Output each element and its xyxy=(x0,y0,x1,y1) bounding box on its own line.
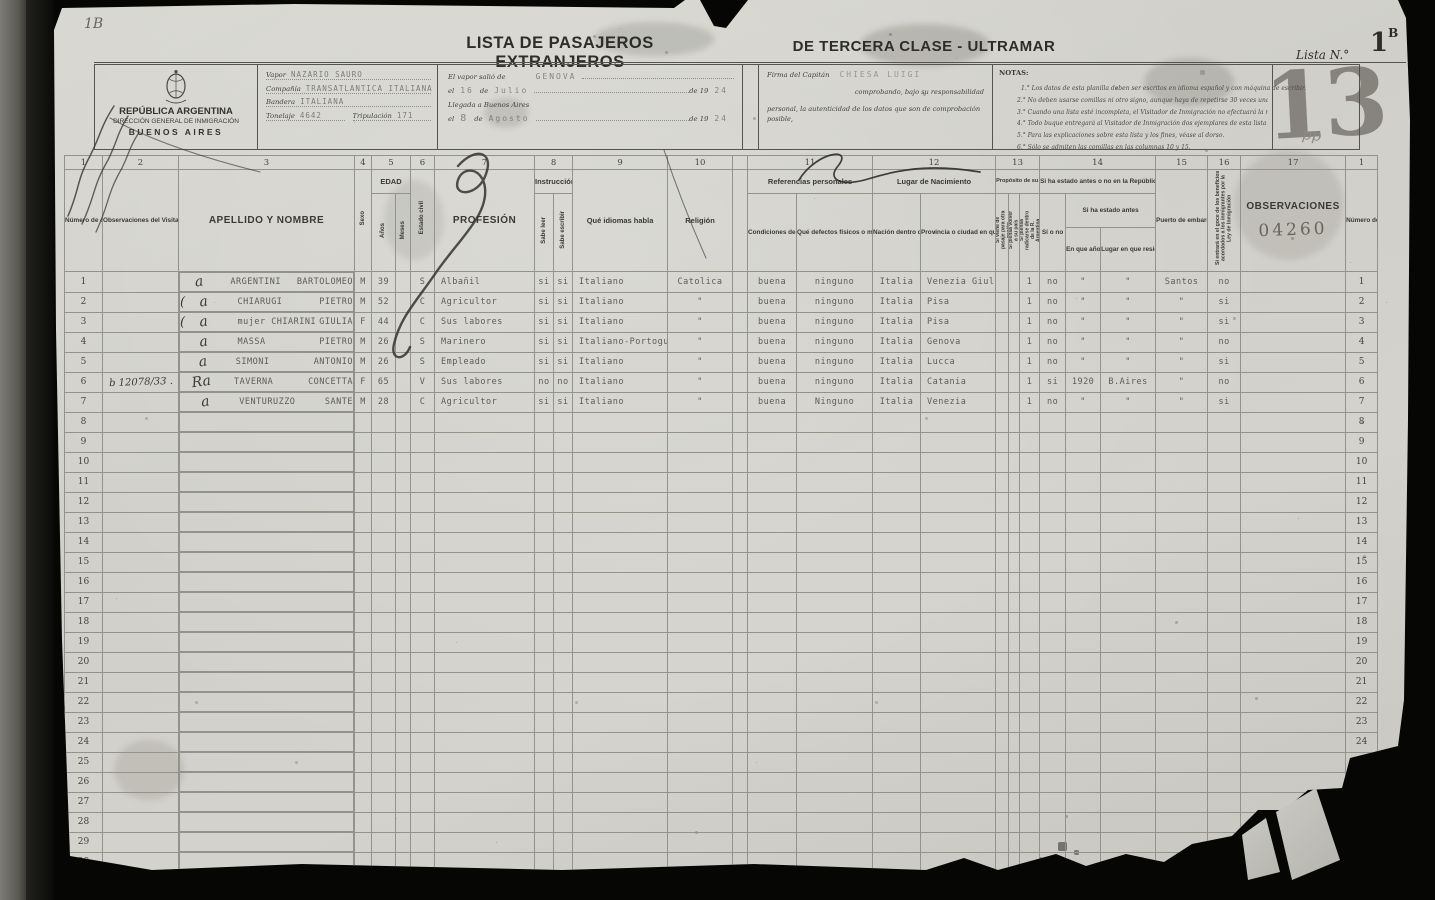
cell-province xyxy=(921,652,996,672)
cell-nation xyxy=(873,812,921,832)
cell-purpose-a xyxy=(996,572,1009,592)
cell-age-months xyxy=(396,512,411,532)
cell-port: " xyxy=(1156,292,1208,312)
cell-observations xyxy=(1241,272,1346,293)
cell-port xyxy=(1156,852,1208,873)
cell-which-years: " xyxy=(1066,352,1101,372)
cell-which-years xyxy=(1066,512,1101,532)
passenger-row-26: 2626 xyxy=(65,772,1378,792)
cell-order-right: 11 xyxy=(1346,472,1378,492)
cell-benefits xyxy=(1208,672,1241,692)
cell-been-before: si xyxy=(1040,372,1066,392)
cell-order-left: 20 xyxy=(65,652,103,672)
cell-purpose-a xyxy=(996,372,1009,392)
cell-gap xyxy=(733,812,748,832)
cell-purpose-c xyxy=(1020,832,1040,852)
cell-where-resided xyxy=(1101,672,1156,692)
cell-defects: ninguno xyxy=(797,372,873,392)
cell-reads xyxy=(535,612,554,632)
cell-religion xyxy=(668,792,733,812)
handwritten-mark: Ra xyxy=(188,372,215,391)
cell-where-resided xyxy=(1101,732,1156,752)
cell-name: (aCHIARUGIPIETRO xyxy=(179,292,354,312)
cell-been-before xyxy=(1040,552,1066,572)
cell-writes xyxy=(554,712,573,732)
cell-name xyxy=(179,452,354,472)
cell-purpose-c xyxy=(1020,612,1040,632)
cell-benefits xyxy=(1208,612,1241,632)
cell-defects xyxy=(797,472,873,492)
cell-province: Genova xyxy=(921,332,996,352)
cell-order-left: 2 xyxy=(65,292,103,312)
cell-nation xyxy=(873,752,921,772)
given-name: PIETRO xyxy=(319,297,353,307)
handwritten-mark: a xyxy=(189,352,217,371)
handwritten-mark: a xyxy=(187,273,211,292)
cell-been-before xyxy=(1040,832,1066,852)
cell-writes xyxy=(554,592,573,612)
cell-reads xyxy=(535,472,554,492)
departure-year: 24 xyxy=(714,86,728,95)
cell-order-right: 3 xyxy=(1346,312,1378,332)
cell-gap xyxy=(733,532,748,552)
cell-benefits xyxy=(1208,452,1241,472)
header-purpose-c-label: Si piensa radicarse dentro de la R. Arge… xyxy=(1020,209,1040,251)
header-age-months-label: Meses xyxy=(400,221,407,239)
book-spine-inner xyxy=(26,0,54,900)
cell-name xyxy=(179,672,354,692)
cell-where-resided xyxy=(1101,772,1156,792)
header-purpose-b: Si piensa volver a su país xyxy=(1009,194,1020,272)
cell-writes xyxy=(554,672,573,692)
passenger-row-22: 2222 xyxy=(65,692,1378,712)
cell-purpose-c xyxy=(1020,592,1040,612)
cell-defects: ninguno xyxy=(797,272,873,293)
cell-purpose-c xyxy=(1020,772,1040,792)
column-numbers-row: 1 2 3 4 5 6 7 8 9 10 11 12 13 14 15 16 1… xyxy=(65,156,1378,170)
cell-defects xyxy=(797,632,873,652)
title-divider xyxy=(94,62,1406,63)
cell-name xyxy=(179,852,354,872)
cell-age-years: 44 xyxy=(372,312,396,332)
cell-visitor-note xyxy=(102,311,179,334)
cell-order-right: 15 xyxy=(1346,552,1378,572)
header-where-resided: Lugar en que residió xyxy=(1101,228,1156,272)
cell-gap xyxy=(733,552,748,572)
cell-order-left: 5 xyxy=(65,352,103,372)
cell-gap xyxy=(733,272,748,293)
cell-nation: Italia xyxy=(873,372,921,392)
cell-religion xyxy=(668,492,733,512)
header-benefits: Si entrará en el goce de los beneficios … xyxy=(1208,170,1241,272)
passenger-row-3: 3(amujer CHIARINIGIULIAF44CSus laboressi… xyxy=(65,312,1378,332)
cell-age-months xyxy=(396,612,411,632)
cell-age-months xyxy=(396,692,411,712)
cell-age-months xyxy=(396,332,411,352)
cell-age-years xyxy=(372,552,396,572)
cell-nation xyxy=(873,832,921,852)
cell-visitor-note xyxy=(102,431,179,454)
nota-1: 1.° Los datos de esta planilla deben ser… xyxy=(999,85,1306,92)
cell-civil-state xyxy=(411,592,435,612)
cell-name xyxy=(179,472,354,492)
handwritten-mark: a xyxy=(189,332,218,352)
cell-purpose-c xyxy=(1020,712,1040,732)
cell-profession xyxy=(435,672,535,692)
cell-age-years xyxy=(372,412,396,432)
cell-defects xyxy=(797,432,873,452)
cell-purpose-c xyxy=(1020,732,1040,752)
vapor-value: NAZARIO SAURO xyxy=(291,70,363,79)
cell-languages xyxy=(573,492,668,512)
cell-civil-state xyxy=(411,652,435,672)
cell-which-years xyxy=(1066,732,1101,752)
cell-profession: Marinero xyxy=(435,332,535,352)
cell-age-months xyxy=(396,572,411,592)
cell-health xyxy=(748,812,797,832)
cell-nation xyxy=(873,512,921,532)
arrival-day: 8 xyxy=(460,113,468,124)
cell-gap xyxy=(733,592,748,612)
cell-writes xyxy=(554,832,573,852)
cell-nation xyxy=(873,472,921,492)
colnum-7: 7 xyxy=(435,156,535,170)
cell-order-left: 1 xyxy=(65,272,103,293)
passenger-row-12: 1212 xyxy=(65,492,1378,512)
cell-province: Venezia Giul. xyxy=(921,272,996,293)
cell-nation xyxy=(873,772,921,792)
cell-reads xyxy=(535,592,554,612)
given-name: PIETRO xyxy=(319,337,353,347)
cell-religion xyxy=(668,752,733,772)
cell-visitor-note xyxy=(102,391,179,414)
cell-age-years xyxy=(372,832,396,852)
cell-where-resided: " xyxy=(1101,352,1156,372)
cell-profession xyxy=(435,512,535,532)
notes-box: NOTAS:1.° Los datos de esta planilla deb… xyxy=(993,65,1273,149)
cell-health xyxy=(748,412,797,432)
cell-visitor-note xyxy=(102,551,179,574)
cell-name xyxy=(179,512,354,532)
cell-civil-state xyxy=(411,512,435,532)
header-religion: Religión xyxy=(668,170,733,272)
cell-civil-state xyxy=(411,752,435,772)
cell-languages xyxy=(573,412,668,432)
cell-profession: Agricultor xyxy=(435,392,535,412)
page-subtitle: DE TERCERA CLASE - ULTRAMAR xyxy=(784,38,1064,55)
cell-writes xyxy=(554,472,573,492)
cell-sex xyxy=(355,832,372,852)
cell-defects xyxy=(797,772,873,792)
cell-age-months xyxy=(396,732,411,752)
cell-languages xyxy=(573,712,668,732)
tripulacion-value: 171 xyxy=(397,111,414,120)
cell-purpose-b xyxy=(1009,732,1020,752)
passenger-row-14: 1414 xyxy=(65,532,1378,552)
header-reads: Sabe leer xyxy=(535,194,554,272)
cell-which-years xyxy=(1066,432,1101,452)
cell-order-right: 9 xyxy=(1346,432,1378,452)
passenger-row-20: 2020 xyxy=(65,652,1378,672)
cell-visitor-note xyxy=(102,331,179,354)
passenger-row-25: 2525 xyxy=(65,752,1378,772)
cell-been-before xyxy=(1040,712,1066,732)
colnum-14: 14 xyxy=(1040,156,1156,170)
cell-purpose-a xyxy=(996,612,1009,632)
cell-where-resided xyxy=(1101,632,1156,652)
cell-which-years xyxy=(1066,632,1101,652)
cell-visitor-note xyxy=(102,791,179,814)
cell-defects: ninguno xyxy=(797,312,873,332)
cell-order-left: 15 xyxy=(65,552,103,572)
cell-where-resided xyxy=(1101,612,1156,632)
cell-age-years xyxy=(372,812,396,832)
cell-gap xyxy=(733,492,748,512)
cell-writes xyxy=(554,492,573,512)
cell-religion: " xyxy=(668,392,733,412)
handwritten-mark: a xyxy=(189,292,218,312)
cell-defects xyxy=(797,672,873,692)
passenger-row-15: 1515 xyxy=(65,552,1378,572)
cell-languages xyxy=(573,792,668,812)
cell-age-months xyxy=(396,292,411,312)
cell-purpose-c xyxy=(1020,412,1040,432)
colnum-11: 11 xyxy=(748,156,873,170)
cell-sex: M xyxy=(355,332,372,352)
cell-profession xyxy=(435,592,535,612)
cell-name xyxy=(179,692,354,712)
cell-port xyxy=(1156,812,1208,832)
cell-order-left: 25 xyxy=(65,752,103,772)
header-benefits-label: Si entrará en el goce de los beneficios … xyxy=(1216,170,1233,266)
cell-sex xyxy=(355,452,372,472)
given-name: CONCETTA xyxy=(308,377,353,387)
header-purpose-group: Propósito de su venida a la República Ar… xyxy=(996,170,1040,194)
cell-writes xyxy=(554,792,573,812)
cell-writes xyxy=(554,772,573,792)
cell-gap xyxy=(733,832,748,852)
cell-sex xyxy=(355,692,372,712)
cell-sex xyxy=(355,592,372,612)
cell-been-before: no xyxy=(1040,292,1066,312)
cell-observations xyxy=(1241,332,1346,352)
header-profession: PROFESIÓN xyxy=(435,170,535,272)
cell-where-resided xyxy=(1101,812,1156,832)
cell-order-left: 23 xyxy=(65,712,103,732)
captain-signature-box: Firma del CapitánCHIESA LUIGI comproband… xyxy=(758,65,993,149)
cell-defects xyxy=(797,712,873,732)
cell-purpose-a xyxy=(996,792,1009,812)
cell-been-before xyxy=(1040,732,1066,752)
cell-province xyxy=(921,712,996,732)
cell-order-left: 22 xyxy=(65,692,103,712)
cell-profession xyxy=(435,652,535,672)
cell-order-right xyxy=(1346,852,1378,873)
cell-civil-state xyxy=(411,692,435,712)
cell-age-years xyxy=(372,492,396,512)
cell-profession: Sus labores xyxy=(435,372,535,392)
cell-sex: M xyxy=(355,352,372,372)
cell-nation xyxy=(873,712,921,732)
cell-observations xyxy=(1241,732,1346,752)
cell-purpose-a xyxy=(996,532,1009,552)
voyage-info-box: El vapor salió deGENOVA el16deJuliode 19… xyxy=(438,65,743,149)
cell-purpose-a xyxy=(996,272,1009,293)
colnum-17: 17 xyxy=(1241,156,1346,170)
cell-reads xyxy=(535,412,554,432)
cell-province xyxy=(921,412,996,432)
cell-age-years xyxy=(372,592,396,612)
cell-defects xyxy=(797,532,873,552)
cell-visitor-note xyxy=(102,831,179,854)
cell-languages xyxy=(573,672,668,692)
cell-province xyxy=(921,832,996,852)
cell-languages xyxy=(573,472,668,492)
cell-purpose-a xyxy=(996,672,1009,692)
cell-visitor-note xyxy=(102,270,179,293)
cell-purpose-c: 1 xyxy=(1020,332,1040,352)
cell-reads xyxy=(535,712,554,732)
cell-civil-state xyxy=(411,552,435,572)
cell-profession: Empleado xyxy=(435,352,535,372)
cell-purpose-b xyxy=(1009,592,1020,612)
cell-purpose-b xyxy=(1009,612,1020,632)
cell-profession xyxy=(435,772,535,792)
captain-statement-1: comprobando, bajo su responsabilidad xyxy=(767,87,984,98)
cell-age-months xyxy=(396,672,411,692)
cell-order-right: 17 xyxy=(1346,592,1378,612)
cell-health xyxy=(748,572,797,592)
issuing-office-box: REPÚBLICA ARGENTINA DIRECCIÓN GENERAL DE… xyxy=(95,65,258,149)
cell-health xyxy=(748,692,797,712)
cell-reads xyxy=(535,672,554,692)
cell-name xyxy=(179,752,354,772)
passenger-row-6: 6b 12078/33 .RaTAVERNACONCETTAF65VSus la… xyxy=(65,372,1378,392)
de19-label: de 19 xyxy=(689,115,708,123)
cell-sex xyxy=(355,792,372,812)
cell-name xyxy=(179,712,354,732)
handwritten-mark: a xyxy=(189,312,218,332)
header-writes-label: Sabe escribir xyxy=(560,211,567,249)
cell-which-years: " xyxy=(1066,292,1101,312)
cell-age-years: 52 xyxy=(372,292,396,312)
cell-purpose-a xyxy=(996,312,1009,332)
cell-health xyxy=(748,532,797,552)
cell-benefits xyxy=(1208,552,1241,572)
cell-purpose-c xyxy=(1020,492,1040,512)
cell-order-right: 20 xyxy=(1346,652,1378,672)
cell-province xyxy=(921,492,996,512)
cell-age-years xyxy=(372,712,396,732)
cell-civil-state: C xyxy=(411,292,435,312)
surname: VENTURUZZO xyxy=(239,397,325,407)
cell-order-left: 26 xyxy=(65,772,103,792)
cell-nation xyxy=(873,612,921,632)
cell-writes xyxy=(554,552,573,572)
cell-defects xyxy=(797,692,873,712)
cell-order-left: 19 xyxy=(65,632,103,652)
cell-gap xyxy=(733,692,748,712)
cell-name xyxy=(179,412,354,432)
cell-reads xyxy=(535,572,554,592)
cell-visitor-note: b 12078/33 . xyxy=(102,371,179,394)
cell-profession xyxy=(435,752,535,772)
cell-province: Catania xyxy=(921,372,996,392)
cell-name xyxy=(179,812,354,832)
cell-which-years xyxy=(1066,832,1101,852)
handwritten-pp-mark: pp xyxy=(1301,125,1322,145)
header-order-right: Número de orden xyxy=(1346,170,1378,272)
cell-observations xyxy=(1241,652,1346,672)
cell-purpose-c xyxy=(1020,812,1040,832)
cell-where-resided xyxy=(1101,712,1156,732)
header-been-before-group: Si ha estado antes o no en la República … xyxy=(1040,170,1156,194)
cell-religion xyxy=(668,852,733,873)
cell-religion xyxy=(668,452,733,472)
cell-which-years xyxy=(1066,592,1101,612)
cell-benefits xyxy=(1208,632,1241,652)
cell-port xyxy=(1156,712,1208,732)
cell-which-years: " xyxy=(1066,272,1101,293)
cell-benefits xyxy=(1208,652,1241,672)
cell-purpose-c: 1 xyxy=(1020,292,1040,312)
cell-religion xyxy=(668,812,733,832)
colnum-4: 4 xyxy=(355,156,372,170)
cell-observations xyxy=(1241,552,1346,572)
cell-where-resided xyxy=(1101,572,1156,592)
cell-port xyxy=(1156,632,1208,652)
cell-purpose-c: 1 xyxy=(1020,372,1040,392)
cell-benefits xyxy=(1208,732,1241,752)
cell-sex xyxy=(355,812,372,832)
cell-civil-state xyxy=(411,412,435,432)
cell-port xyxy=(1156,732,1208,752)
cell-gap xyxy=(733,412,748,432)
cell-purpose-a xyxy=(996,592,1009,612)
cell-age-months xyxy=(396,492,411,512)
cell-health: buena xyxy=(748,292,797,312)
cell-languages: Italiano xyxy=(573,352,668,372)
cell-name xyxy=(179,572,354,592)
cell-which-years: 1920 xyxy=(1066,372,1101,392)
cell-health: buena xyxy=(748,392,797,412)
cell-reads xyxy=(535,732,554,752)
cell-sex xyxy=(355,432,372,452)
given-name: BARTOLOMEO xyxy=(297,277,353,287)
cell-port xyxy=(1156,692,1208,712)
cell-benefits xyxy=(1208,492,1241,512)
header-defects: Qué defectos físicos o mentales tiene o … xyxy=(797,194,873,272)
header-languages: Qué idiomas habla xyxy=(573,170,668,272)
cell-age-months xyxy=(396,852,411,873)
cell-health xyxy=(748,432,797,452)
cell-been-before xyxy=(1040,772,1066,792)
cell-age-years xyxy=(372,792,396,812)
vapor-label: Vapor xyxy=(266,71,286,79)
cell-defects: Ninguno xyxy=(797,392,873,412)
header-which-years: En que años xyxy=(1066,228,1101,272)
cell-which-years xyxy=(1066,612,1101,632)
cell-age-years xyxy=(372,692,396,712)
cell-port: " xyxy=(1156,392,1208,412)
cell-reads: si xyxy=(535,352,554,372)
cell-order-left: 27 xyxy=(65,792,103,812)
header-sex: Sexo xyxy=(355,170,372,272)
cell-sex xyxy=(355,852,372,873)
nota-2: 2.° No deben usarse comillas ni otro sig… xyxy=(999,95,1268,107)
cell-reads: si xyxy=(535,292,554,312)
cell-defects xyxy=(797,792,873,812)
